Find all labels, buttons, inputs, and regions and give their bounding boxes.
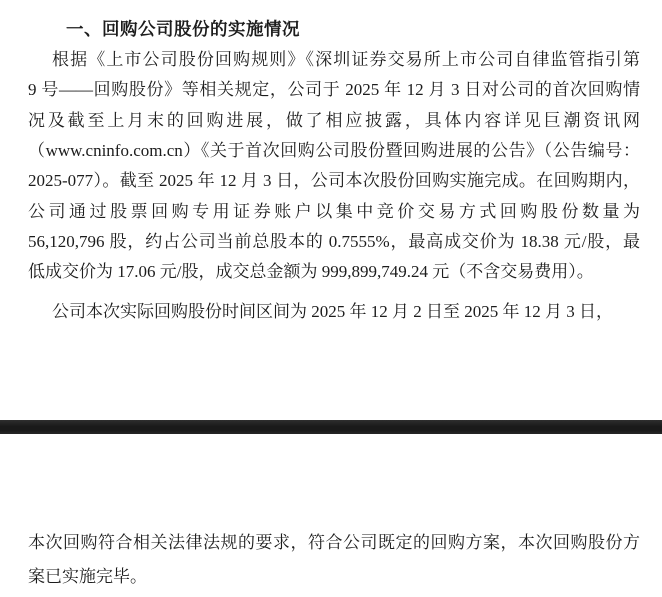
paragraph1-line: （www.cninfo.com.cn）《关于首次回购公司股份暨回购进展的公告》（… <box>28 141 640 161</box>
paragraph3-line: 本次回购符合相关法律法规的要求，符合公司既定的回购方案，本次回购股份方 <box>28 533 640 553</box>
paragraph2-line: 公司本次实际回购股份时间区间为 2025 年 12 月 2 日至 2025 年 … <box>28 302 640 322</box>
paragraph1-line: 56,120,796 股，约占公司当前总股本的 0.7555%，最高成交价为 1… <box>28 232 640 252</box>
paragraph1-line: 况及截至上月末的回购进展，做了相应披露，具体内容详见巨潮资讯网 <box>28 111 640 131</box>
paragraph1-line: 9 号——回购股份》等相关规定，公司于 2025 年 12 月 3 日对公司的首… <box>28 80 640 100</box>
paragraph1-line: 公司通过股票回购专用证券账户以集中竞价交易方式回购股份数量为 <box>28 202 640 222</box>
redaction-bar <box>0 420 662 434</box>
document-page: 一、回购公司股份的实施情况 根据《上市公司股份回购规则》《深圳证券交易所上市公司… <box>0 0 662 597</box>
paragraph1-line: 2025-077）。截至 2025 年 12 月 3 日，公司本次股份回购实施完… <box>28 171 640 191</box>
section-heading: 一、回购公司股份的实施情况 <box>66 19 300 40</box>
paragraph3-line: 案已实施完毕。 <box>28 567 640 587</box>
paragraph1-line: 低成交价为 17.06 元/股，成交总金额为 999,899,749.24 元（… <box>28 262 640 282</box>
paragraph1-line: 根据《上市公司股份回购规则》《深圳证券交易所上市公司自律监管指引第 <box>28 50 640 70</box>
